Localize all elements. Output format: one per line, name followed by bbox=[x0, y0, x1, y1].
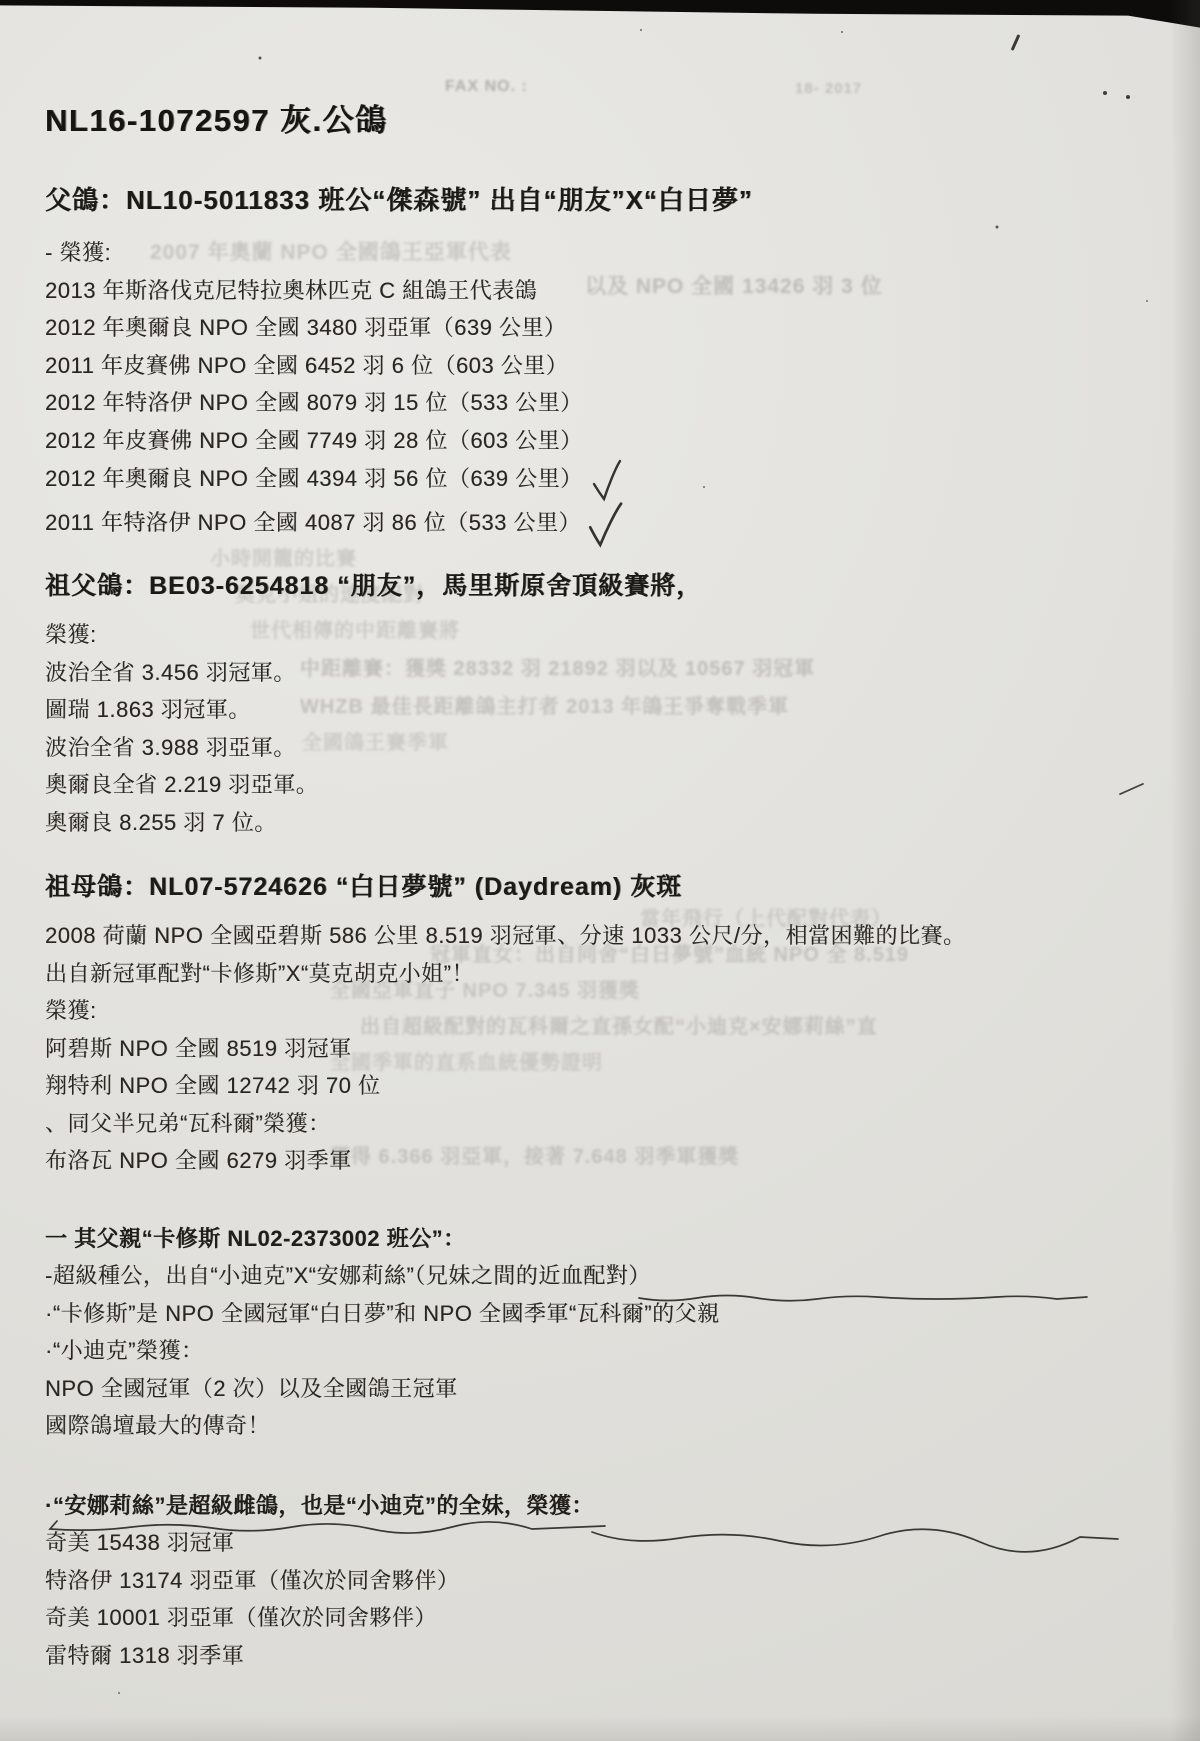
line-text: 奇美 15438 羽冠軍 bbox=[45, 1530, 234, 1555]
line-text: 國際鴿壇最大的傳奇！ bbox=[45, 1413, 270, 1438]
document-line: 2013 年斯洛伐克尼特拉奧林匹克 C 組鴿王代表鴿 bbox=[45, 272, 1150, 310]
line-text: 雷特爾 1318 羽季軍 bbox=[45, 1643, 244, 1668]
cassius-lines-list: -超級種公，出自“小迪克”X“安娜莉絲”（兄妹之間的近血配對）·“卡修斯”是 N… bbox=[45, 1257, 1150, 1445]
document-line: 雷特爾 1318 羽季軍 bbox=[45, 1637, 1150, 1675]
document-line: 2012 年奧爾良 NPO 全國 3480 羽亞軍（639 公里） bbox=[45, 309, 1150, 347]
line-text: 2012 年奧爾良 NPO 全國 3480 羽亞軍（639 公里） bbox=[45, 315, 566, 340]
line-text: 榮獲: bbox=[45, 998, 97, 1023]
grandmother-lines-list: 2008 荷蘭 NPO 全國亞碧斯 586 公里 8.519 羽冠軍、分速 10… bbox=[45, 917, 1150, 1180]
line-text: 、同父半兄弟“瓦科爾”榮獲： bbox=[45, 1111, 331, 1136]
line-text: 奇美 10001 羽亞軍（僅次於同舍夥伴） bbox=[45, 1605, 437, 1630]
pigeon-id-title: NL16-1072597 灰.公鴿 bbox=[45, 95, 1150, 140]
document-line: 特洛伊 13174 羽亞軍（僅次於同舍夥伴） bbox=[45, 1562, 1150, 1600]
grandfather-heading: 祖父鴿：BE03-6254818 “朋友”，馬里斯原舍頂級賽將， bbox=[45, 566, 1150, 602]
line-text: 波治全省 3.988 羽亞軍。 bbox=[45, 735, 296, 760]
scanned-pedigree-page: FAX NO. :18- 20172007 年奧蘭 NPO 全國鴿王亞軍代表以及… bbox=[0, 0, 1200, 1741]
document-line: 阿碧斯 NPO 全國 8519 羽冠軍 bbox=[45, 1030, 1150, 1068]
grandmother-heading: 祖母鴿：NL07-5724626 “白日夢號” (Daydream) 灰斑 bbox=[45, 867, 1150, 903]
document-line: 榮獲: bbox=[45, 992, 1150, 1030]
line-text: 特洛伊 13174 羽亞軍（僅次於同舍夥伴） bbox=[45, 1568, 459, 1593]
document-line: ·“卡修斯”是 NPO 全國冠軍“白日夢”和 NPO 全國季軍“瓦科爾”的父親 bbox=[45, 1295, 1150, 1333]
line-text: 2012 年奧爾良 NPO 全國 4394 羽 56 位（639 公里） bbox=[45, 466, 583, 491]
document-line: 2012 年皮賽佛 NPO 全國 7749 羽 28 位（603 公里） bbox=[45, 422, 1150, 460]
document-line: NPO 全國冠軍（2 次）以及全國鴿王冠軍 bbox=[45, 1370, 1150, 1408]
document-line: -超級種公，出自“小迪克”X“安娜莉絲”（兄妹之間的近血配對） bbox=[45, 1257, 1150, 1295]
line-text: 出自新冠軍配對“卡修斯”X“莫克胡克小姐”！ bbox=[45, 961, 474, 986]
line-text: 奧爾良全省 2.219 羽亞軍。 bbox=[45, 772, 318, 797]
document-line: 波治全省 3.456 羽冠軍。 bbox=[45, 654, 1150, 692]
line-text: 2011 年特洛伊 NPO 全國 4087 羽 86 位（533 公里） bbox=[45, 510, 581, 535]
line-text: 奧爾良 8.255 羽 7 位。 bbox=[45, 810, 277, 835]
document-line: 波治全省 3.988 羽亞軍。 bbox=[45, 729, 1150, 767]
document-line: 奇美 10001 羽亞軍（僅次於同舍夥伴） bbox=[45, 1599, 1150, 1637]
line-text: 阿碧斯 NPO 全國 8519 羽冠軍 bbox=[45, 1036, 352, 1061]
line-text: 2008 荷蘭 NPO 全國亞碧斯 586 公里 8.519 羽冠軍、分速 10… bbox=[45, 923, 965, 948]
line-text: 2012 年皮賽佛 NPO 全國 7749 羽 28 位（603 公里） bbox=[45, 428, 583, 453]
line-text: NPO 全國冠軍（2 次）以及全國鴿王冠軍 bbox=[45, 1376, 458, 1401]
document-line: 圖瑞 1.863 羽冠軍。 bbox=[45, 691, 1150, 729]
document-line: 翔特利 NPO 全國 12742 羽 70 位 bbox=[45, 1067, 1150, 1105]
line-text: -超級種公，出自“小迪克”X“安娜莉絲”（兄妹之間的近血配對） bbox=[45, 1263, 651, 1288]
line-text: 2013 年斯洛伐克尼特拉奧林匹克 C 組鴿王代表鴿 bbox=[45, 278, 537, 303]
line-text: 圖瑞 1.863 羽冠軍。 bbox=[45, 697, 251, 722]
document-line: 出自新冠軍配對“卡修斯”X“莫克胡克小姐”！ bbox=[45, 955, 1150, 993]
document-line: 奧爾良全省 2.219 羽亞軍。 bbox=[45, 766, 1150, 804]
document-line: 奧爾良 8.255 羽 7 位。 bbox=[45, 804, 1150, 842]
line-text: 2011 年皮賽佛 NPO 全國 6452 羽 6 位（603 公里） bbox=[45, 353, 568, 378]
line-text: 翔特利 NPO 全國 12742 羽 70 位 bbox=[45, 1073, 381, 1098]
father-achievements-list: 2013 年斯洛伐克尼特拉奧林匹克 C 組鴿王代表鴿2012 年奧爾良 NPO … bbox=[45, 272, 1150, 548]
father-award-label: - 榮獲: bbox=[45, 234, 1150, 272]
line-text: 波治全省 3.456 羽冠軍。 bbox=[45, 660, 296, 685]
handwritten-checkmark-icon bbox=[591, 459, 623, 503]
father-heading: 父鴿：NL10-5011833 班公“傑森號” 出自“朋友”X“白日夢” bbox=[45, 180, 1150, 217]
document-content: NL16-1072597 灰.公鴿 父鴿：NL10-5011833 班公“傑森號… bbox=[0, 0, 1200, 1741]
annelies-heading-text: ·“安娜莉絲”是超級雌鴿，也是“小迪克”的全妹，榮獲： bbox=[45, 1493, 594, 1518]
document-line: 奇美 15438 羽冠軍 bbox=[45, 1524, 1150, 1562]
document-line: 2011 年皮賽佛 NPO 全國 6452 羽 6 位（603 公里） bbox=[45, 347, 1150, 385]
document-line: ·“小迪克”榮獲： bbox=[45, 1332, 1150, 1370]
document-line: 國際鴿壇最大的傳奇！ bbox=[45, 1407, 1150, 1445]
line-text: 2012 年特洛伊 NPO 全國 8079 羽 15 位（533 公里） bbox=[45, 390, 583, 415]
document-line: 2008 荷蘭 NPO 全國亞碧斯 586 公里 8.519 羽冠軍、分速 10… bbox=[45, 917, 1150, 955]
document-line: 、同父半兄弟“瓦科爾”榮獲： bbox=[45, 1105, 1150, 1143]
line-text: 布洛瓦 NPO 全國 6279 羽季軍 bbox=[45, 1148, 352, 1173]
grandfather-achievements-list: 波治全省 3.456 羽冠軍。圖瑞 1.863 羽冠軍。波治全省 3.988 羽… bbox=[45, 654, 1150, 842]
document-line: 2012 年奧爾良 NPO 全國 4394 羽 56 位（639 公里） bbox=[45, 459, 1150, 503]
document-line: 布洛瓦 NPO 全國 6279 羽季軍 bbox=[45, 1142, 1150, 1180]
annelies-heading: ·“安娜莉絲”是超級雌鴿，也是“小迪克”的全妹，榮獲： bbox=[45, 1487, 1150, 1525]
cassius-heading: 一 其父親“卡修斯 NL02-2373002 班公”： bbox=[45, 1220, 1150, 1258]
line-text: ·“小迪克”榮獲： bbox=[45, 1338, 203, 1363]
grandfather-award-label: 榮獲: bbox=[45, 616, 1150, 654]
document-line: 2012 年特洛伊 NPO 全國 8079 羽 15 位（533 公里） bbox=[45, 384, 1150, 422]
line-text: ·“卡修斯”是 NPO 全國冠軍“白日夢”和 NPO 全國季軍“瓦科爾”的父親 bbox=[45, 1301, 720, 1326]
document-line: 2011 年特洛伊 NPO 全國 4087 羽 86 位（533 公里） bbox=[45, 503, 1150, 547]
handwritten-checkmark-icon bbox=[585, 499, 624, 551]
annelies-lines-list: 奇美 15438 羽冠軍特洛伊 13174 羽亞軍（僅次於同舍夥伴）奇美 100… bbox=[45, 1524, 1150, 1674]
